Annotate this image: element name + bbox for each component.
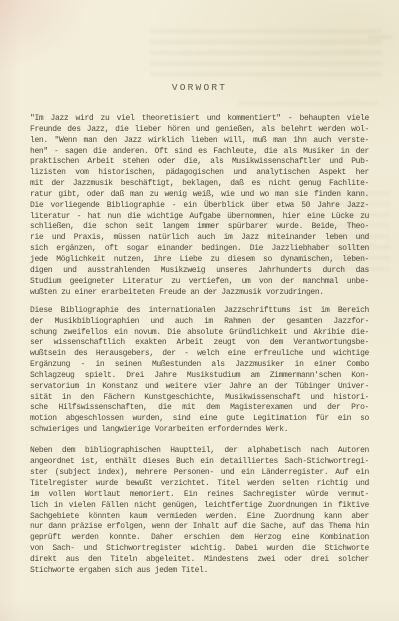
- text-line: lich in vielen Fällen nicht genügen, lei…: [30, 501, 369, 512]
- page-title: VORWORT: [0, 82, 399, 93]
- paragraph-2: Diese Bibliographie des internationalen …: [30, 306, 369, 436]
- text-line: servatorium in Konstanz und weitere vier…: [30, 382, 369, 393]
- text-line: im vollen Wortlaut memoriert. Ein reines…: [30, 490, 369, 501]
- text-line: hen" - sagen die anderen. Oft sind es Fa…: [30, 147, 369, 158]
- text-line: Studium geeigneter Literatur zu vertiefe…: [30, 277, 369, 288]
- text-line: schließen, die schon seit langem immer s…: [30, 222, 369, 233]
- paragraph-1: "Im Jazz wird zu viel theoretisiert und …: [30, 114, 369, 298]
- show-through-smudge: [368, 30, 392, 40]
- text-line: wußtsein des Herausgebers, der - welch e…: [30, 349, 369, 360]
- text-line: rie und Praxis, müssen natürlich auch im…: [30, 233, 369, 244]
- text-line: ratur gibt, oder daß man zu wenig weiß, …: [30, 190, 369, 201]
- show-through-smudge: [150, 24, 382, 80]
- text-line: ser wissenschaftlich exakten Arbeit zeug…: [30, 338, 369, 349]
- text-line: Ergänzung - in seinen Mußestunden als Ja…: [30, 360, 369, 371]
- text-line: der Musikbibliographien und auch im Rahm…: [30, 317, 369, 328]
- body-text: "Im Jazz wird zu viel theoretisiert und …: [30, 114, 369, 577]
- paragraph-3: Neben dem bibliographischen Hauptteil, d…: [30, 446, 369, 576]
- scanned-book-page: VORWORT "Im Jazz wird zu viel theoretisi…: [0, 0, 399, 621]
- text-line: digen und ausstrahlenden Musikzweig unse…: [30, 266, 369, 277]
- text-line: praktischen Arbeit stehen oder die, als …: [30, 157, 369, 168]
- text-line: lizisten vom historischen, pädagogischen…: [30, 168, 369, 179]
- show-through-smudge: [238, 96, 378, 108]
- text-line: Titelregister wurde bewußt verzichtet. T…: [30, 479, 369, 490]
- text-line: von Sach- und Stichwortregister wichtig.…: [30, 544, 369, 555]
- text-line: schwieriges und langwierige Vorarbeiten …: [30, 425, 369, 436]
- text-line: motion abgeschlossen wurden, sind eine g…: [30, 414, 369, 425]
- text-line: sche Hilfswissenschaften, die mit dem Ma…: [30, 403, 369, 414]
- text-line: ster (subject index), mehrere Personen- …: [30, 468, 369, 479]
- text-line: wußten zu einer erarbeiteten Freude an d…: [30, 288, 369, 299]
- text-line: Neben dem bibliographischen Hauptteil, d…: [30, 446, 369, 457]
- text-line: Freunde des Jazz, die lieber hören und g…: [30, 125, 369, 136]
- text-line: len. "Wenn man den Jazz wirklich lieben …: [30, 136, 369, 147]
- text-line: literatur - hat nun die wichtige Aufgabe…: [30, 212, 369, 223]
- text-line: mit der Jazzmusik beschäftigt, beklagen,…: [30, 179, 369, 190]
- text-line: Schlagzeug spielt. Drei Jahre Musikstudi…: [30, 371, 369, 382]
- text-line: nur dann präzise erfolgen, wenn der Inha…: [30, 522, 369, 533]
- text-line: sich ergänzen, oft sogar einander beding…: [30, 244, 369, 255]
- text-line: jede Möglichkeit nutzen, ihre Liebe zu d…: [30, 255, 369, 266]
- text-line: geprüft werden konnte. Daher erschien de…: [30, 533, 369, 544]
- text-line: direkt aus den Titeln abgeleitet. Mindes…: [30, 555, 369, 566]
- text-line: Diese Bibliographie des internationalen …: [30, 306, 369, 317]
- text-line: Stichworte ergaben sich aus jedem Titel.: [30, 566, 369, 577]
- text-line: "Im Jazz wird zu viel theoretisiert und …: [30, 114, 369, 125]
- text-line: angeordnet ist, enthält dieses Buch ein …: [30, 457, 369, 468]
- text-line: Sachgebiete könnten kaum vermieden werde…: [30, 512, 369, 523]
- text-line: schung zweifellos ein novum. Die absolut…: [30, 328, 369, 339]
- text-line: sität in den Fächern Kunstgeschichte, Mu…: [30, 393, 369, 404]
- text-line: Die vorliegende Bibliographie - ein Über…: [30, 201, 369, 212]
